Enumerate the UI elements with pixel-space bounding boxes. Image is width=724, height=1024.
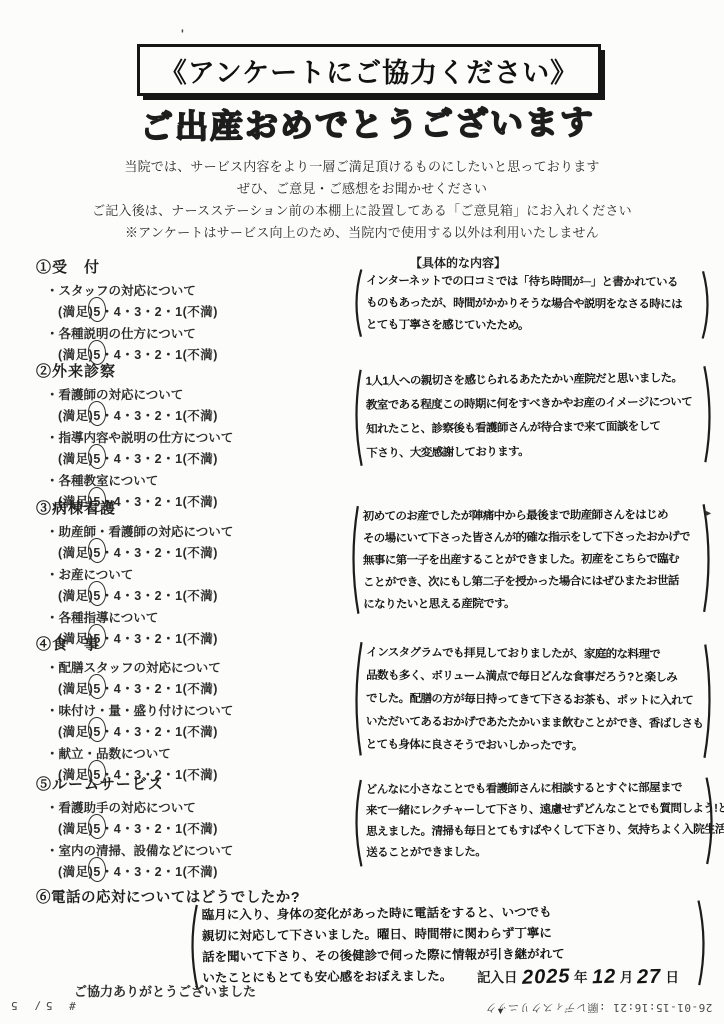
comment-line: でした。配膳の方が毎日持ってきて下さるお茶も、ポットに入れて (366, 688, 704, 713)
comment-line: 来て一緒にレクチャーして下さり、遠慮せずどんなことでも質問しよう!と (366, 799, 724, 823)
comment-line: とても身体に良さそうでおいしかったです。 (366, 734, 704, 759)
section-number: ⑥ (36, 890, 51, 906)
circled-rating-5: 5 (93, 768, 100, 782)
intro-line: ご記入後は、ナースステーション前の本棚上に設置してある「ご意見箱」にお入れくださ… (0, 200, 724, 222)
section-number: ③ (36, 500, 52, 517)
handwritten-paren-left (350, 778, 364, 868)
circled-rating-5: 5 (93, 589, 100, 603)
intro-line: ぜひ、ご意見・ご感想をお聞かせください (0, 178, 724, 200)
circled-rating-5: 5 (93, 632, 100, 646)
item-label: ・お産について (46, 565, 358, 583)
item-label: ・指導内容や説明の仕方について (46, 428, 358, 446)
handwritten-paren-left (186, 903, 200, 991)
circled-rating-5: 5 (93, 348, 100, 362)
comment-line: 知れたこと、診察後も看護師さんが待合まで来て面談をして (366, 414, 692, 441)
comment-line: 品数も多く、ボリューム満点で毎日どんな食事だろう?と楽しみ (366, 665, 704, 690)
handwritten-paren-right (703, 642, 717, 760)
comment-room-service: どんなに小さなことでも看護師さんに相談するとすぐに部屋まで 来て一緒にレクチャー… (350, 776, 719, 869)
rating-scale: (満足)5・4・3・2・1(不満) (58, 819, 358, 837)
circled-rating-5: 5 (93, 682, 100, 696)
comment-ward-nursing: 初めてのお産でしたが陣痛中から最後まで助産師さんをはじめ その場にいて下さった皆… (347, 502, 716, 616)
scan-artifact-triangle: ▼ (496, 1006, 505, 1016)
congrats-heading: ご出産おめでとうございます (140, 97, 584, 149)
comment-outpatient: 1人1人への親切さを感じられるあたたかい産院だと思いました。 教室である程度この… (349, 364, 716, 468)
scan-artifact-arrow: ► (704, 508, 713, 518)
section-number: ① (36, 259, 52, 276)
intro-line: 当院では、サービス内容をより一層ご満足頂けるものにしたいと思っております (0, 156, 724, 178)
intro-line: ※アンケートはサービス向上のため、当院内で使用する以外は利用いたしません (0, 222, 724, 244)
rating-scale: (満足)5・4・3・2・1(不満) (58, 722, 358, 740)
handwritten-paren-right (702, 502, 716, 614)
section-title: 受 付 (52, 259, 100, 276)
section-number: ⑤ (36, 776, 52, 793)
comment-line: 教室である程度この時期に何をすべきかやお産のイメージについて (366, 390, 692, 417)
section-number: ② (36, 363, 52, 380)
comment-line: 無事に第一子を出産することができました。初産をこちらで臨む (363, 548, 690, 572)
comment-line: 送ることができました。 (366, 841, 724, 865)
item-label: ・各種教室について (46, 471, 358, 489)
page-title: 《アンケートにご協力ください》 (160, 51, 578, 90)
title-box: 《アンケートにご協力ください》 (137, 44, 601, 96)
rating-scale: (満足)5・4・3・2・1(不満) (58, 543, 358, 561)
comment-line: 初めてのお産でしたが陣痛中から最後まで助産師さんをはじめ (363, 504, 690, 528)
entry-date: 記入日 2025 年 12 月 27 日 (477, 966, 679, 989)
comment-reception: インターネットでの口コミでは「待ち時間が─」と書かれている ものもあったが、時間… (350, 268, 714, 340)
item-label: ・スタッフの対応について (46, 281, 358, 299)
circled-rating-5: 5 (93, 409, 100, 423)
handwritten-paren-left (349, 368, 363, 468)
circled-rating-5: 5 (93, 546, 100, 560)
rating-scale: (満足)5・4・3・2・1(不満) (58, 679, 358, 697)
survey-document: ' 《アンケートにご協力ください》 ご出産おめでとうございます 当院では、サービ… (0, 0, 724, 1024)
fax-sender-line: 26-01-15:16:21 :願レディスクリニック (485, 1000, 712, 1016)
handwritten-paren-left (350, 640, 364, 758)
handwritten-paren-left (347, 504, 361, 616)
item-label: ・看護助手の対応について (46, 798, 358, 816)
circled-rating-5: 5 (93, 495, 100, 509)
section-room-service: ⑤ルームサービス ・看護助手の対応について (満足)5・4・3・2・1(不満) … (36, 773, 358, 882)
section-outpatient: ②外来診察 ・看護師の対応について (満足)5・4・3・2・1(不満) ・指導内… (36, 360, 358, 512)
section-title: 病棟看護 (52, 500, 116, 517)
comment-line: とても丁寧さを感じていたため。 (366, 314, 682, 338)
date-year-handwritten: 2025 (517, 965, 574, 990)
item-label: ・配膳スタッフの対応について (46, 658, 358, 676)
item-label: ・室内の清掃、設備などについて (46, 841, 358, 859)
handwritten-paren-left (350, 268, 363, 338)
comment-meals: インスタグラムでも拝見しておりましたが、家庭的な料理で 品数も多く、ボリューム満… (350, 640, 717, 761)
section-meals: ④食 事 ・配膳スタッフの対応について (満足)5・4・3・2・1(不満) ・味… (36, 633, 358, 785)
section-title: ルームサービス (52, 776, 164, 793)
circled-rating-5: 5 (93, 865, 100, 879)
rating-scale: (満足)5・4・3・2・1(不満) (58, 862, 358, 880)
item-label: ・献立・品数について (46, 744, 358, 762)
comment-line: 話を聞いて下さり、その後健診で伺った際に情報が引き継がれて (202, 944, 565, 968)
comment-line: 思えました。清掃も毎日とてもすばやくして下さり、気持ちよく入院生活を (366, 820, 724, 844)
comment-line: どんなに小さなことでも看護師さんに相談するとすぐに部屋まで (366, 778, 724, 802)
date-day-handwritten: 27 (633, 965, 666, 989)
item-label: ・助産師・看護師の対応について (46, 522, 358, 540)
section-reception: ①受 付 ・スタッフの対応について (満足)5・4・3・2・1(不満) ・各種説… (36, 256, 358, 365)
handwritten-paren-right (697, 899, 711, 987)
section-number: ④ (36, 636, 52, 653)
intro-text: 当院では、サービス内容をより一層ご満足頂けるものにしたいと思っております ぜひ、… (0, 156, 724, 244)
circled-rating-5: 5 (93, 452, 100, 466)
item-label: ・看護師の対応について (46, 385, 358, 403)
comment-line: インターネットでの口コミでは「待ち時間が─」と書かれている (366, 270, 682, 294)
item-label: ・味付け・量・盛り付けについて (46, 701, 358, 719)
comment-line: インスタグラムでも拝見しておりましたが、家庭的な料理で (366, 642, 704, 667)
circled-rating-5: 5 (93, 305, 100, 319)
date-label: 記入日 (477, 966, 518, 989)
rating-scale: (満足)5・4・3・2・1(不満) (58, 406, 358, 424)
section-title: 外来診察 (52, 363, 116, 380)
section-ward-nursing: ③病棟看護 ・助産師・看護師の対応について (満足)5・4・3・2・1(不満) … (36, 497, 358, 649)
rating-scale: (満足)5・4・3・2・1(不満) (58, 302, 358, 320)
thanks-text: ご協力ありがとうございました (74, 981, 256, 1000)
handwritten-paren-right (702, 364, 716, 464)
comment-line: 1人1人への親切さを感じられるあたたかい産院だと思いました。 (366, 366, 692, 393)
item-label: ・各種指導について (46, 608, 358, 626)
circled-rating-5: 5 (93, 725, 100, 739)
comment-line: ことができ、次にもし第二子を授かった場合にはぜひまたお世話 (363, 570, 690, 594)
comment-line: になりたいと思える産院です。 (363, 592, 690, 616)
comment-line: その場にいて下さった皆さんが的確な指示をして下さったおかげで (363, 526, 690, 550)
rating-scale: (満足)5・4・3・2・1(不満) (58, 449, 358, 467)
handwritten-paren-right (705, 776, 719, 866)
comment-line: いただいてあるおかげであたたかいまま飲むことができ、香ばしさも (366, 711, 704, 736)
item-label: ・各種説明の仕方について (46, 324, 358, 342)
date-month-handwritten: 12 (587, 965, 620, 989)
comment-line: ものもあったが、時間がかかりそうな場合や説明をなさる時には (366, 292, 682, 316)
fax-page-counter: # 5/ 5 (6, 999, 76, 1012)
rating-scale: (満足)5・4・3・2・1(不満) (58, 586, 358, 604)
circled-rating-5: 5 (93, 822, 100, 836)
scan-artifact-tick: ' (181, 27, 184, 41)
handwritten-paren-right (701, 270, 714, 340)
comment-line: 下さり、大変感謝しております。 (366, 438, 692, 465)
